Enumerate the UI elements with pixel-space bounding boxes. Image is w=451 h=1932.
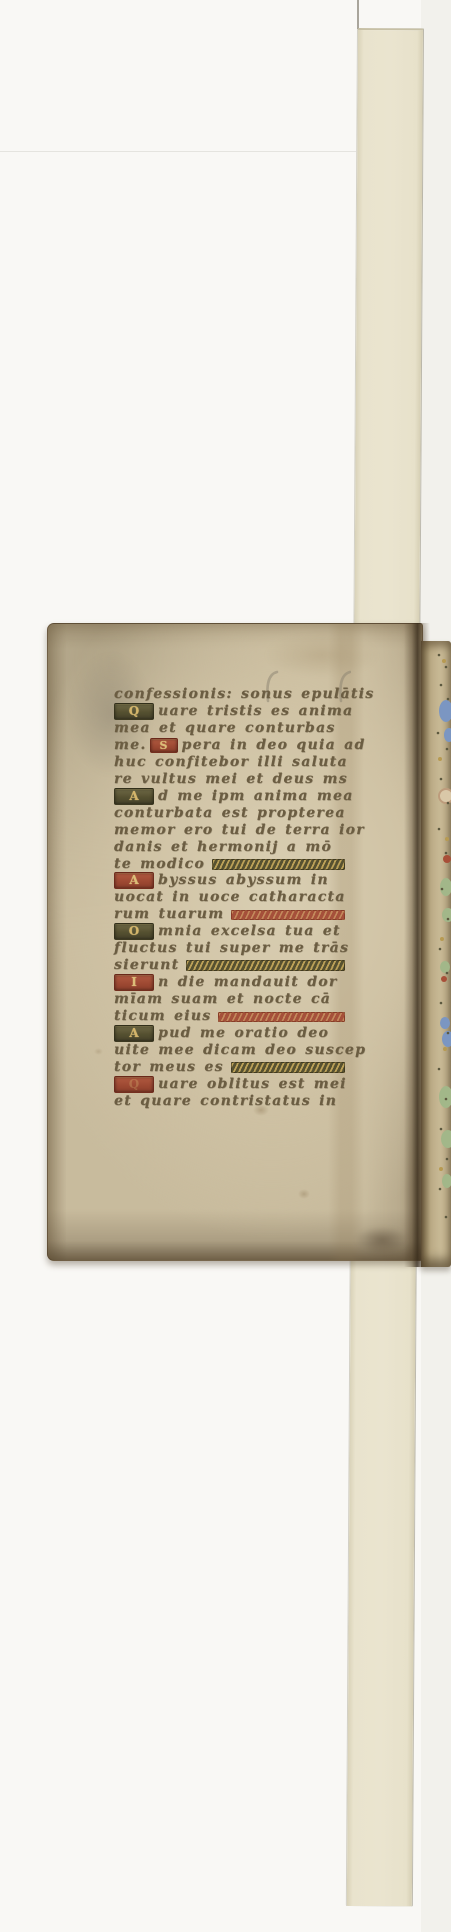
- line-text: re vultus mei et deus ms: [114, 771, 348, 788]
- green-leaf: [440, 878, 451, 896]
- line-text: sierunt: [114, 957, 179, 974]
- manuscript-left-page: confessionis: sonus epulātis Q uare tris…: [47, 623, 423, 1261]
- tendril-dot: [440, 684, 443, 687]
- tendril-dot: [440, 1128, 443, 1131]
- gold-dot: [443, 1047, 447, 1051]
- green-leaf: [442, 1174, 451, 1188]
- gold-dot: [445, 837, 449, 841]
- facing-page-sliver: [421, 641, 451, 1267]
- gold-dot: [442, 659, 446, 663]
- line-text: uare tristis es anima: [158, 703, 353, 720]
- line-text: te modico: [114, 856, 205, 873]
- manuscript-line: I n die mandauit dor: [114, 974, 347, 991]
- manuscript-line: danis et hermonij a mō: [114, 839, 347, 856]
- manuscript-line: mīam suam et nocte cā: [114, 991, 347, 1008]
- blue-flower: [439, 700, 451, 722]
- line-filler-ornament: [231, 910, 345, 920]
- green-leaf: [440, 961, 450, 973]
- sheet-seam-line: [357, 0, 359, 29]
- red-berry: [441, 976, 447, 982]
- line-text: rum tuarum: [114, 906, 224, 923]
- line-filler-ornament: [186, 960, 345, 971]
- green-leaf: [441, 1130, 451, 1148]
- line-text: danis et hermonij a mō: [114, 839, 332, 856]
- tendril-dot: [445, 1098, 448, 1101]
- manuscript-line: A byssus abyssum in: [114, 872, 347, 889]
- tendril-dot: [438, 654, 441, 657]
- line-text: conturbata est propterea: [114, 805, 346, 822]
- line-text: mnia excelsa tua et: [158, 923, 341, 940]
- line-text: memor ero tui de terra ior: [114, 822, 365, 839]
- manuscript-line: uite mee dicam deo suscep: [114, 1042, 347, 1059]
- tendril-dot: [439, 1188, 442, 1191]
- tendril-dot: [446, 748, 449, 751]
- line-text: confessionis: sonus epulātis: [114, 686, 374, 703]
- stain-spot: [298, 1189, 310, 1199]
- manuscript-line: A pud me oratio deo: [114, 1025, 347, 1042]
- line-text: pud me oratio deo: [158, 1025, 329, 1042]
- manuscript-line: O mnia excelsa tua et: [114, 923, 347, 940]
- tendril-dot: [445, 1216, 448, 1219]
- line-text: fluctus tui super me trās: [114, 940, 349, 957]
- decorated-initial: A: [114, 788, 154, 805]
- manuscript-line: mea et quare conturbas: [114, 720, 347, 737]
- manuscript-line: Q uare tristis es anima: [114, 703, 347, 720]
- line-text: ticum eius: [114, 1008, 211, 1025]
- manuscript-line: ticum eius: [114, 1008, 347, 1025]
- tendril-dot: [447, 802, 450, 805]
- manuscript-line: re vultus mei et deus ms: [114, 771, 347, 788]
- manuscript-line: et quare contristatus in: [114, 1093, 347, 1110]
- tendril-dot: [447, 918, 450, 921]
- line-text: byssus abyssum in: [158, 872, 329, 889]
- tendril-dot: [447, 698, 450, 701]
- decorated-initial: A: [114, 872, 154, 889]
- manuscript-line: rum tuarum: [114, 906, 347, 923]
- line-text: uocat in uoce catharacta: [114, 889, 346, 906]
- line-pre-text: me.: [114, 737, 147, 754]
- line-text: mea et quare conturbas: [114, 720, 336, 737]
- line-filler-ornament: [212, 859, 345, 870]
- manuscript-line: huc confitebor illi saluta: [114, 754, 347, 771]
- dark-corner-stain: [346, 1222, 418, 1258]
- manuscript-line: me. S pera in deo quia ad: [114, 737, 347, 754]
- line-text: uite mee dicam deo suscep: [114, 1042, 366, 1059]
- manuscript-line: te modico: [114, 856, 347, 873]
- green-leaf: [439, 1086, 451, 1108]
- line-filler-ornament: [218, 1012, 345, 1022]
- manuscript-line: Q uare oblitus est mei: [114, 1076, 347, 1093]
- tendril-dot: [438, 828, 441, 831]
- line-text: et quare contristatus in: [114, 1093, 337, 1110]
- tendril-dot: [446, 972, 449, 975]
- manuscript-line: A d me ipm anima mea: [114, 788, 347, 805]
- gold-dot: [440, 937, 444, 941]
- line-text: uare oblitus est mei: [158, 1076, 347, 1093]
- tendril-dot: [438, 1068, 441, 1071]
- line-text: mīam suam et nocte cā: [114, 991, 331, 1008]
- backdrop-crease-line: [0, 151, 356, 152]
- tendril-dot: [440, 778, 443, 781]
- gold-dot: [439, 1167, 443, 1171]
- line-text: d me ipm anima mea: [158, 788, 354, 805]
- line-filler-ornament: [231, 1062, 345, 1073]
- decorated-initial: O: [114, 923, 154, 940]
- decorated-initial: I: [114, 974, 154, 991]
- tendril-dot: [447, 1032, 450, 1035]
- manuscript-line: sierunt: [114, 957, 347, 974]
- tendril-dot: [437, 732, 440, 735]
- tendril-dot: [440, 1002, 443, 1005]
- stain-spot: [94, 1048, 103, 1055]
- decorated-initial: Q: [114, 703, 154, 720]
- ring-flower: [439, 789, 451, 803]
- manuscript-text-block: confessionis: sonus epulātis Q uare tris…: [114, 686, 347, 1118]
- decorated-initial: S: [150, 738, 178, 753]
- illuminated-border-decoration: [435, 641, 451, 1267]
- line-text: tor meus es: [114, 1059, 224, 1076]
- blue-flower: [444, 728, 451, 742]
- tendril-dot: [441, 888, 444, 891]
- red-berry: [443, 855, 451, 863]
- gold-dot: [438, 757, 442, 761]
- tendril-dot: [445, 666, 448, 669]
- line-text: n die mandauit dor: [158, 974, 338, 991]
- manuscript-line: fluctus tui super me trās: [114, 940, 347, 957]
- tendril-dot: [446, 1158, 449, 1161]
- green-leaf: [442, 908, 451, 922]
- manuscript-line: confessionis: sonus epulātis: [114, 686, 347, 703]
- tendril-dot: [439, 948, 442, 951]
- line-text: pera in deo quia ad: [182, 737, 366, 754]
- blue-flower: [440, 1017, 450, 1029]
- manuscript-line: memor ero tui de terra ior: [114, 822, 347, 839]
- tendril-dot: [445, 852, 448, 855]
- line-text: huc confitebor illi saluta: [114, 754, 348, 771]
- manuscript-photo-scan: confessionis: sonus epulātis Q uare tris…: [0, 0, 451, 1932]
- blue-flower: [442, 1031, 451, 1047]
- decorated-initial: Q: [114, 1076, 154, 1093]
- manuscript-line: conturbata est propterea: [114, 805, 347, 822]
- manuscript-line: tor meus es: [114, 1059, 347, 1076]
- decorated-initial: A: [114, 1025, 154, 1042]
- manuscript-line: uocat in uoce catharacta: [114, 889, 347, 906]
